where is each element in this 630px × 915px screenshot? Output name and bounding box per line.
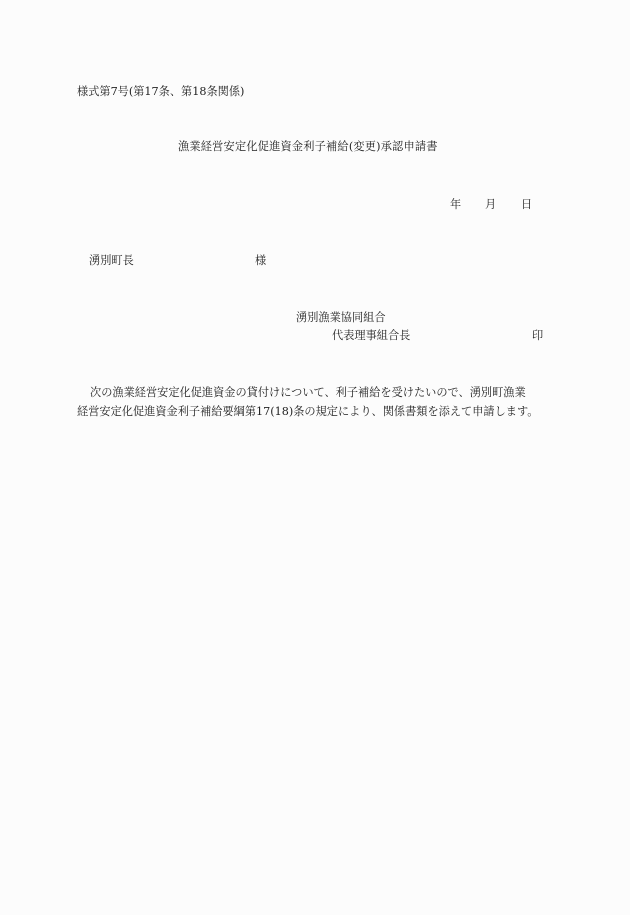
applicant-representative-title: 代表理事組合長 — [332, 330, 410, 341]
applicant-organization: 湧別漁業協同組合 — [296, 312, 386, 323]
addressee-name: 湧別町長 — [89, 255, 134, 266]
document-title: 漁業経営安定化促進資金利子補給(変更)承認申請書 — [178, 141, 438, 152]
body-paragraph-line-2: 経営安定化促進資金利子補給要綱第17(18)条の規定により、関係書類を添えて申請… — [77, 406, 557, 417]
body-paragraph-line-1: 次の漁業経営安定化促進資金の貸付けについて、利子補給を受けたいので、湧別町漁業 — [77, 387, 557, 398]
form-number: 様式第7号(第17条、第18条関係) — [77, 86, 244, 97]
body-line-1-text: 次の漁業経営安定化促進資金の貸付けについて、利子補給を受けたいので、湧別町漁業 — [90, 386, 526, 399]
addressee-honorific: 様 — [255, 255, 266, 266]
date-day-label: 日 — [521, 199, 532, 210]
date-year-label: 年 — [450, 199, 461, 210]
seal-mark: 印 — [532, 330, 543, 341]
date-month-label: 月 — [485, 199, 496, 210]
